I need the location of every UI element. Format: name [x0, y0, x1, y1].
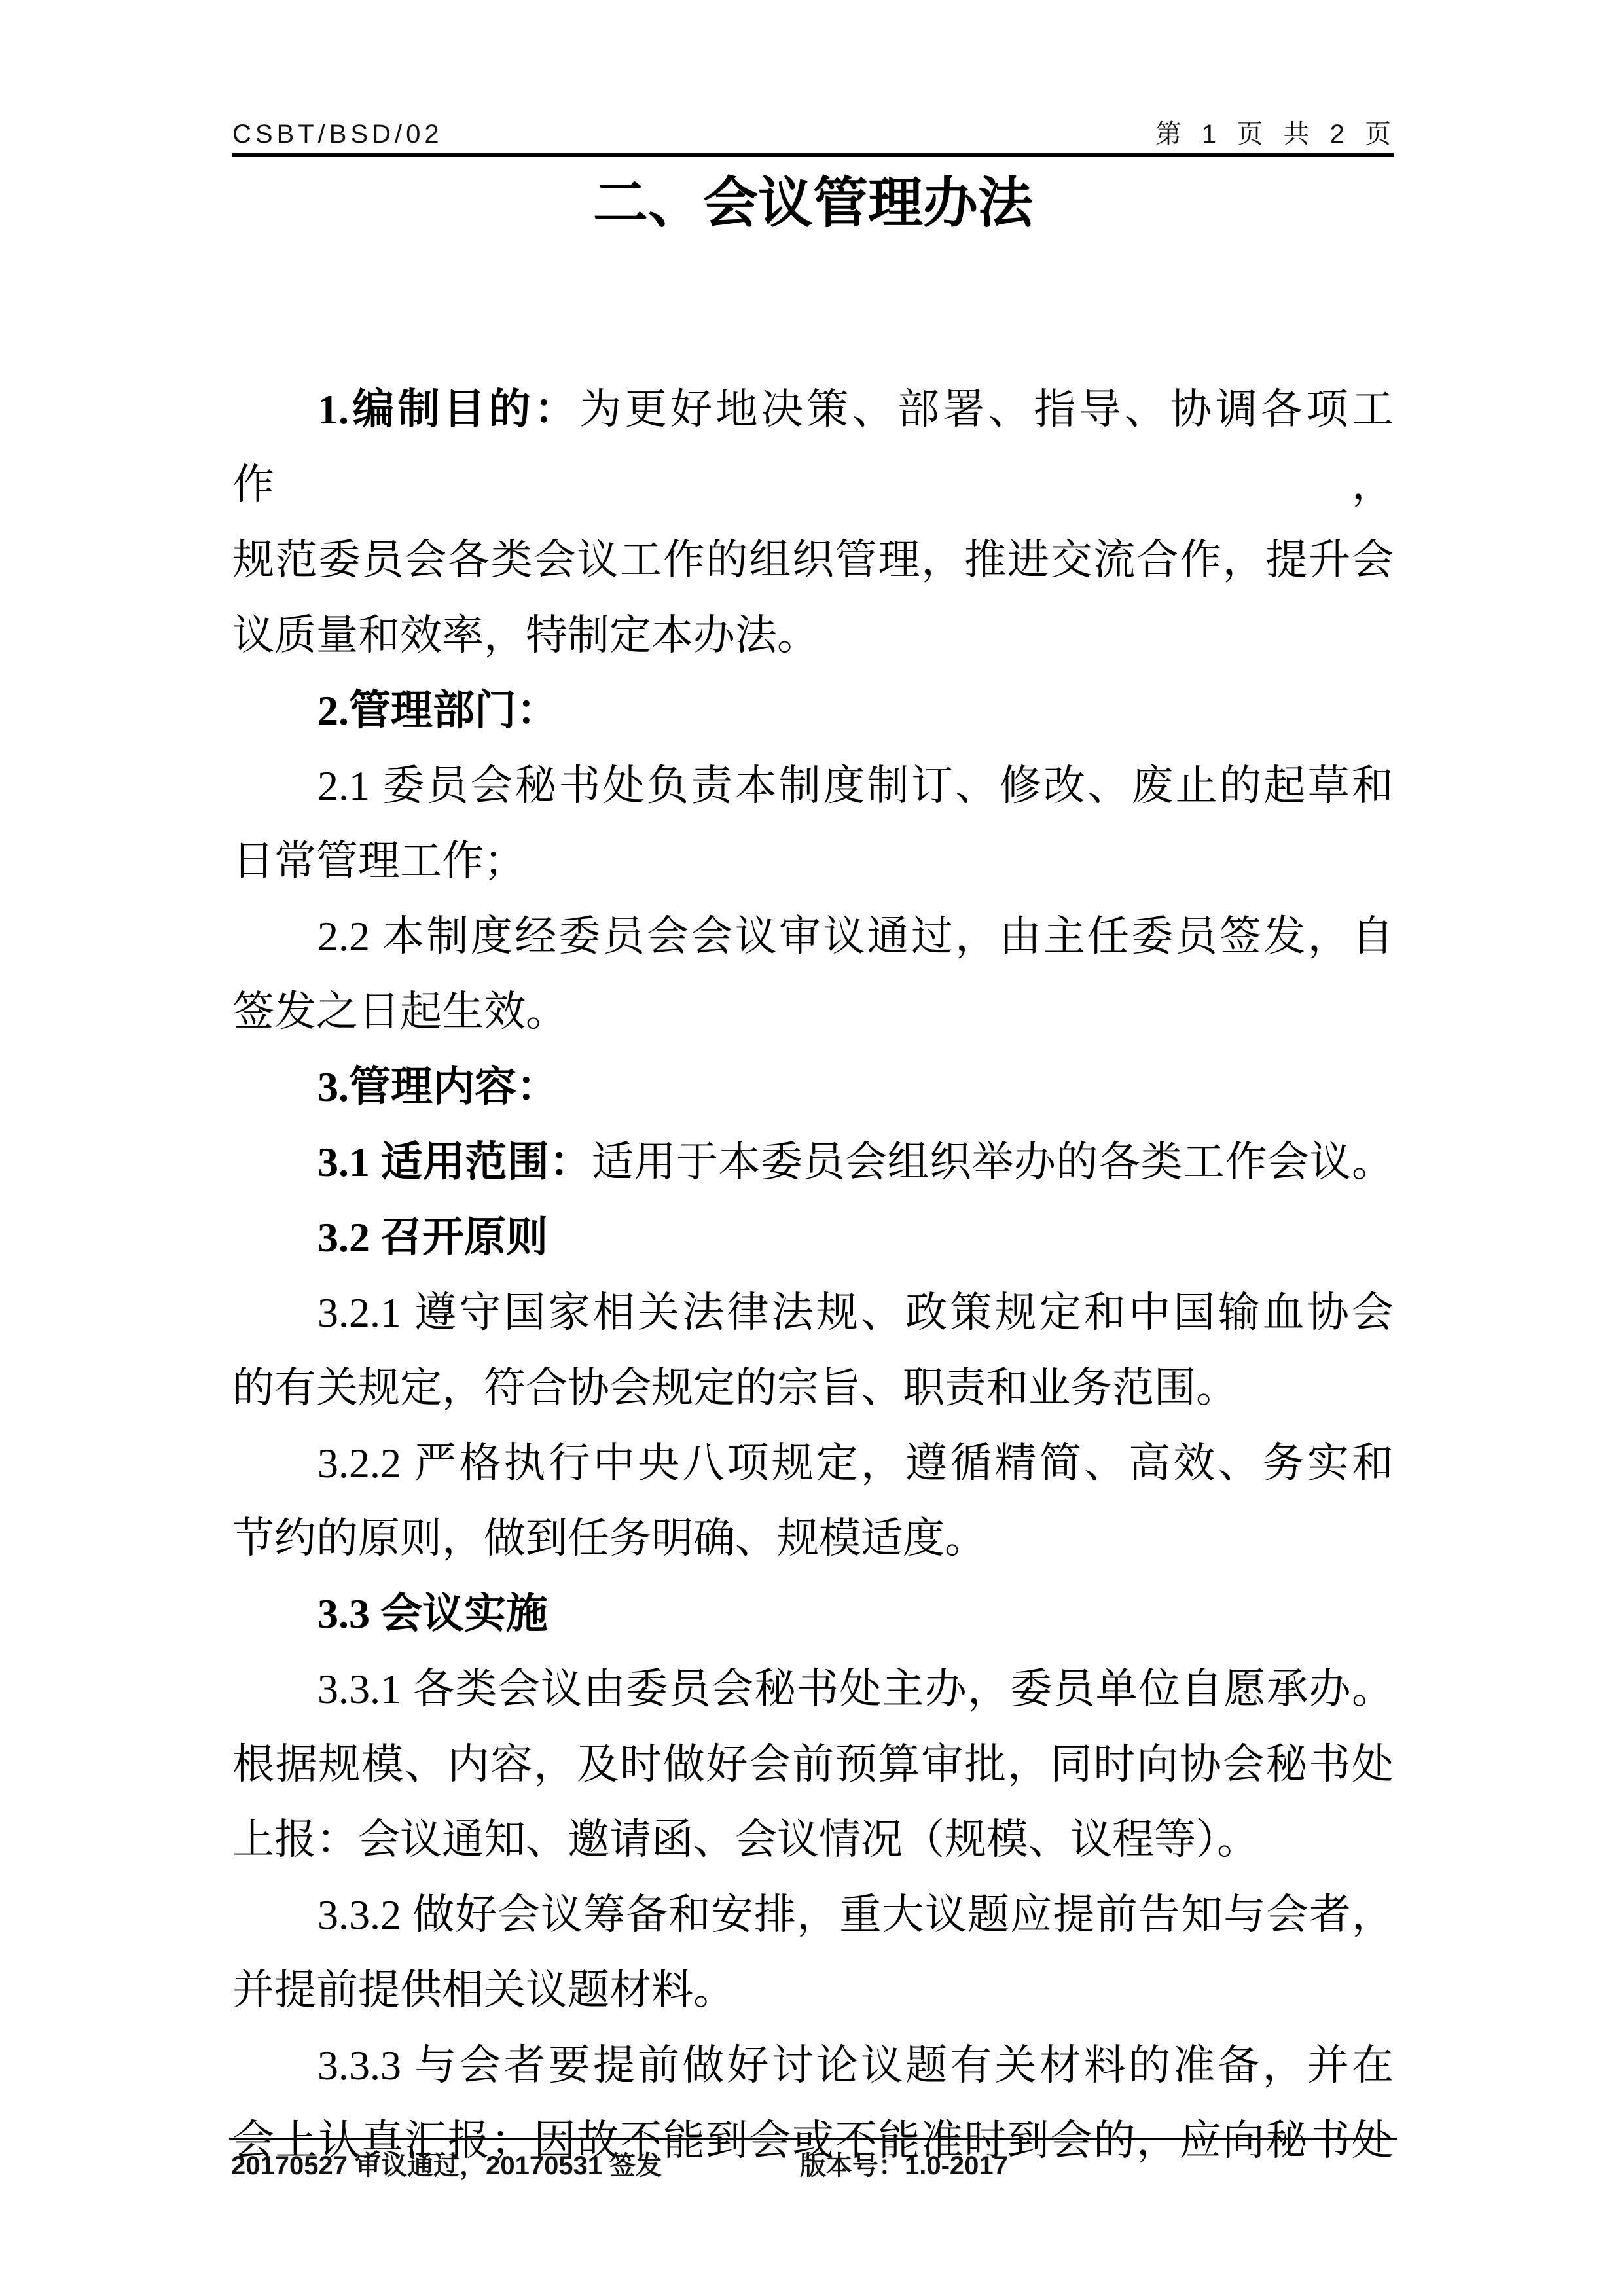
- document-title: 二、会议管理办法: [232, 171, 1394, 237]
- body-line: 签发之日起生效。: [232, 974, 1394, 1049]
- body-line: 节约的原则，做到任务明确、规模适度。: [232, 1501, 1394, 1576]
- footer-rule: [229, 2138, 1397, 2140]
- body-line: 根据规模、内容，及时做好会前预算审批，同时向协会秘书处: [232, 1727, 1394, 1802]
- body-line: 日常管理工作；: [232, 823, 1394, 899]
- paragraph-text: 3.2.2 严格执行中央八项规定，遵循精简、高效、务实和: [317, 1440, 1394, 1486]
- paragraph-text: 3.3.3 与会者要提前做好讨论议题有关材料的准备，并在: [317, 2042, 1394, 2089]
- heading-text: 3.1 适用范围：: [317, 1139, 592, 1185]
- body-line: 3.3.2 做好会议筹备和安排，重大议题应提前告知与会者，: [232, 1877, 1394, 1952]
- page-number-indicator: 第 1 页 共 2 页: [1155, 120, 1394, 149]
- paragraph-text: 2.2 本制度经委员会会议审议通过，由主任委员签发，自: [317, 913, 1394, 960]
- paragraph-text: 3.3.2 做好会议筹备和安排，重大议题应提前告知与会者，: [317, 1892, 1394, 1938]
- heading-text: 3.2 召开原则: [317, 1214, 548, 1261]
- body-line: 议质量和效率，特制定本办法。: [232, 598, 1394, 673]
- body-line: 3.1 适用范围：适用于本委员会组织举办的各类工作会议。: [232, 1124, 1394, 1200]
- paragraph-text: 节约的原则，做到任务明确、规模适度。: [232, 1515, 986, 1562]
- body-line: 2.管理部门：: [232, 673, 1394, 748]
- heading-text: 3.3 会议实施: [317, 1590, 548, 1637]
- header-rule: [232, 153, 1394, 157]
- paragraph-text: 3.3.1 各类会议由委员会秘书处主办，委员单位自愿承办。: [317, 1666, 1394, 1712]
- body-line: 1.编制目的：为更好地决策、部署、指导、协调各项工作，: [232, 372, 1394, 522]
- heading-text: 3.管理内容：: [317, 1064, 558, 1110]
- body-line: 3.管理内容：: [232, 1049, 1394, 1124]
- body-line: 3.3 会议实施: [232, 1576, 1394, 1651]
- body-line: 的有关规定，符合协会规定的宗旨、职责和业务范围。: [232, 1350, 1394, 1426]
- paragraph-text: 日常管理工作；: [232, 838, 526, 884]
- paragraph-text: 3.2.1 遵守国家相关法律法规、政策规定和中国输血协会: [317, 1289, 1394, 1336]
- heading-text: 1.编制目的：: [317, 386, 579, 433]
- paragraph-text: 根据规模、内容，及时做好会前预算审批，同时向协会秘书处: [232, 1741, 1394, 1787]
- body-line: 规范委员会各类会议工作的组织管理，推进交流合作，提升会: [232, 522, 1394, 598]
- body-line: 2.2 本制度经委员会会议审议通过，由主任委员签发，自: [232, 899, 1394, 974]
- body-line: 3.2.1 遵守国家相关法律法规、政策规定和中国输血协会: [232, 1275, 1394, 1350]
- document-code: CSBT/BSD/02: [232, 120, 443, 149]
- body-line: 3.3.3 与会者要提前做好讨论议题有关材料的准备，并在: [232, 2028, 1394, 2103]
- body-line: 上报：会议通知、邀请函、会议情况（规模、议程等）。: [232, 1802, 1394, 1877]
- page-header: CSBT/BSD/02 第 1 页 共 2 页: [232, 120, 1394, 149]
- body-line: 2.1 委员会秘书处负责本制度制订、修改、废止的起草和: [232, 748, 1394, 823]
- footer-version-info: 版本号：1.0-2017: [800, 2151, 1008, 2181]
- document-body: 1.编制目的：为更好地决策、部署、指导、协调各项工作，规范委员会各类会议工作的组…: [232, 372, 1394, 2178]
- heading-text: 2.管理部门：: [317, 687, 558, 734]
- paragraph-text: 适用于本委员会组织举办的各类工作会议。: [592, 1139, 1394, 1185]
- paragraph-text: 并提前提供相关议题材料。: [232, 1967, 735, 2013]
- paragraph-text: 的有关规定，符合协会规定的宗旨、职责和业务范围。: [232, 1365, 1238, 1411]
- footer-approval-info: 20170527 审议通过，20170531 签发: [231, 2151, 662, 2181]
- paragraph-text: 2.1 委员会秘书处负责本制度制订、修改、废止的起草和: [317, 762, 1394, 809]
- body-line: 3.2 召开原则: [232, 1200, 1394, 1275]
- paragraph-text: 规范委员会各类会议工作的组织管理，推进交流合作，提升会: [232, 537, 1394, 583]
- paragraph-text: 议质量和效率，特制定本办法。: [232, 612, 819, 658]
- paragraph-text: 上报：会议通知、邀请函、会议情况（规模、议程等）。: [232, 1816, 1259, 1863]
- paragraph-text: 签发之日起生效。: [232, 988, 568, 1035]
- body-line: 3.3.1 各类会议由委员会秘书处主办，委员单位自愿承办。: [232, 1651, 1394, 1727]
- document-page: CSBT/BSD/02 第 1 页 共 2 页 二、会议管理办法 1.编制目的：…: [0, 0, 1624, 2296]
- body-line: 3.2.2 严格执行中央八项规定，遵循精简、高效、务实和: [232, 1426, 1394, 1501]
- body-line: 并提前提供相关议题材料。: [232, 1952, 1394, 2028]
